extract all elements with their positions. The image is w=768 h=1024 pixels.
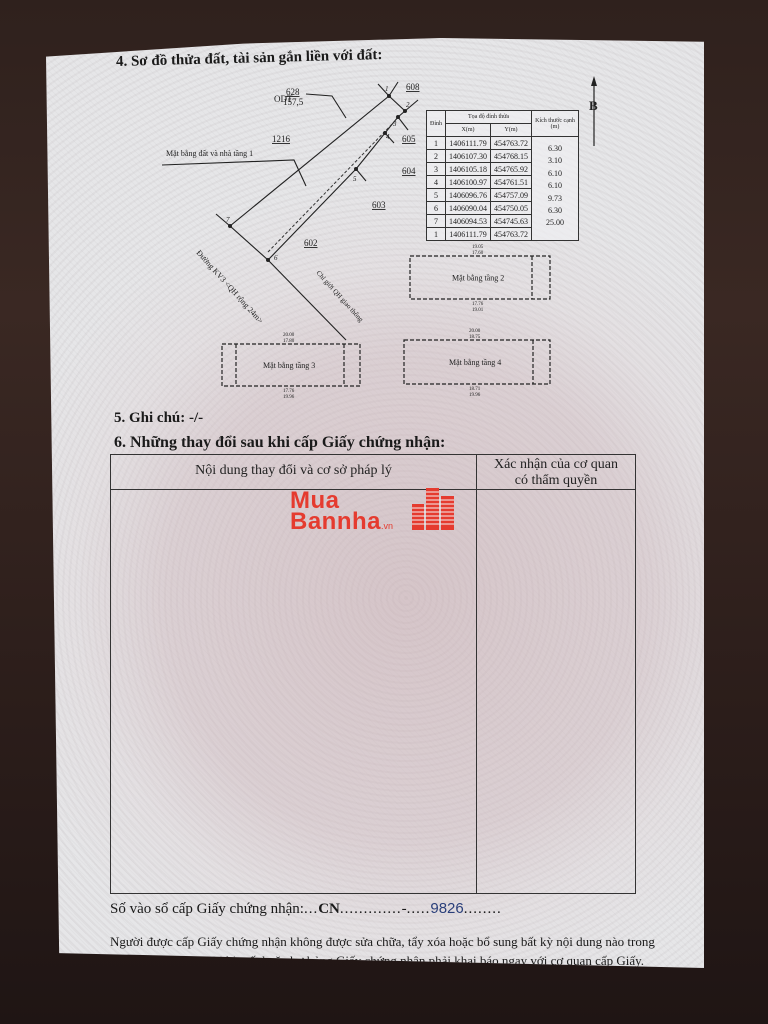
svg-text:603: 603 — [372, 200, 386, 210]
svg-text:1: 1 — [385, 85, 389, 93]
svg-text:18.71: 18.71 — [469, 387, 481, 392]
svg-text:157,5: 157,5 — [283, 97, 304, 107]
svg-text:17.76: 17.76 — [472, 302, 484, 307]
svg-text:Mặt bằng đất và nhà tầng 1: Mặt bằng đất và nhà tầng 1 — [166, 149, 253, 158]
svg-text:605: 605 — [402, 134, 416, 144]
coordinate-table: Đỉnh Tọa độ đỉnh thửa Kích thước cạnh (m… — [426, 110, 579, 241]
north-arrow-icon: B — [589, 76, 598, 146]
svg-text:20.00: 20.00 — [283, 333, 295, 338]
svg-text:Mặt bằng tầng 4: Mặt bằng tầng 4 — [449, 358, 501, 367]
legal-notice: Người được cấp Giấy chứng nhận không đượ… — [110, 932, 670, 970]
registry-number-line: Số vào sổ cấp Giấy chứng nhận:...CN.....… — [110, 900, 502, 918]
svg-text:3: 3 — [392, 120, 397, 128]
col-change-content-header: Nội dung thay đổi và cơ sở pháp lý — [111, 463, 476, 479]
svg-text:17.76: 17.76 — [283, 389, 295, 394]
registry-number: 9826 — [430, 900, 463, 917]
edge-lengths: 6.303.106.106.109.736.3025.00 — [532, 137, 579, 241]
svg-text:19.01: 19.01 — [472, 308, 484, 313]
svg-text:608: 608 — [406, 82, 420, 92]
svg-text:604: 604 — [402, 166, 416, 176]
land-plot-diagram: B ODT628157,560860560460360212161234567M… — [46, 38, 704, 398]
svg-text:20.00: 20.00 — [469, 329, 481, 334]
svg-text:2: 2 — [406, 101, 410, 109]
building-logo-icon — [412, 484, 462, 530]
svg-text:Đường KV3 <QH rộng 24m>: Đường KV3 <QH rộng 24m> — [195, 248, 266, 325]
col-length-header: Kích thước cạnh (m) — [532, 111, 579, 137]
col-point-header: Đỉnh — [427, 111, 446, 137]
registry-prefix: CN — [318, 901, 340, 917]
svg-text:5: 5 — [353, 175, 357, 183]
svg-text:19.05: 19.05 — [472, 245, 484, 250]
svg-text:17.80: 17.80 — [283, 339, 295, 344]
section-5-note: 5. Ghi chú: -/- — [114, 410, 203, 427]
svg-text:17.60: 17.60 — [472, 251, 484, 256]
svg-text:4: 4 — [386, 133, 390, 141]
svg-text:628: 628 — [286, 87, 300, 97]
section-6-title: 6. Những thay đổi sau khi cấp Giấy chứng… — [114, 434, 445, 452]
coordinate-row: 11406111.79454763.726.303.106.106.109.73… — [427, 137, 579, 150]
svg-text:602: 602 — [304, 238, 318, 248]
svg-text:6: 6 — [274, 254, 278, 262]
certificate-page: 4. Sơ đồ thửa đất, tài sản gắn liền với … — [46, 38, 704, 968]
col-x-header: X(m) — [446, 124, 491, 137]
svg-text:18.75: 18.75 — [469, 335, 481, 340]
watermark-logo: Mua Bannha.vn — [290, 490, 393, 534]
svg-text:7: 7 — [226, 216, 230, 224]
col-authority-header: Xác nhận của cơ quan có thẩm quyền — [477, 457, 635, 489]
coord-group-header: Tọa độ đỉnh thửa — [446, 111, 532, 124]
svg-text:Mặt bằng tầng 3: Mặt bằng tầng 3 — [263, 361, 315, 370]
svg-text:1216: 1216 — [272, 134, 291, 144]
svg-text:Mặt bằng tầng 2: Mặt bằng tầng 2 — [452, 274, 504, 283]
svg-text:19.96: 19.96 — [469, 393, 481, 398]
svg-text:B: B — [589, 98, 598, 113]
svg-text:19.96: 19.96 — [283, 395, 295, 398]
col-y-header: Y(m) — [491, 124, 532, 137]
